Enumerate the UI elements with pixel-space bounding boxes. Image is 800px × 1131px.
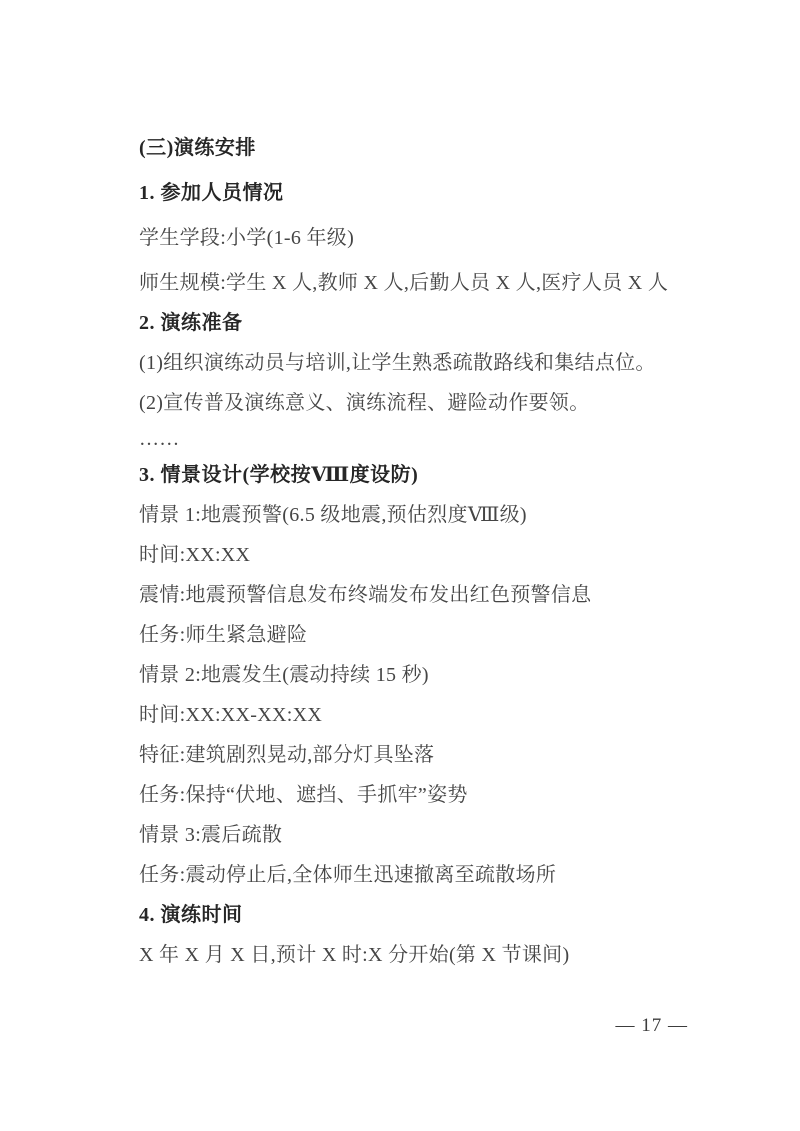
scenario2-feature: 特征:建筑剧烈晃动,部分灯具坠落 bbox=[99, 735, 707, 775]
page-number: — 17 — bbox=[616, 1012, 689, 1040]
scenario2-task: 任务:保持“伏地、遮挡、手抓牢”姿势 bbox=[99, 775, 707, 815]
section1-title: 1. 参加人员情况 bbox=[99, 173, 707, 213]
prep-item-2: (2)宣传普及演练意义、演练流程、避险动作要领。 bbox=[99, 383, 707, 423]
drill-time-line: X 年 X 月 X 日,预计 X 时:X 分开始(第 X 节课间) bbox=[99, 935, 707, 975]
scenario3-task: 任务:震动停止后,全体师生迅速撤离至疏散场所 bbox=[99, 855, 707, 895]
ellipsis-line: …… bbox=[99, 423, 707, 455]
page-content: (三)演练安排 1. 参加人员情况 学生学段:小学(1-6 年级) 师生规模:学… bbox=[99, 128, 707, 975]
document-page: (三)演练安排 1. 参加人员情况 学生学段:小学(1-6 年级) 师生规模:学… bbox=[0, 0, 800, 1131]
section4-title: 4. 演练时间 bbox=[99, 895, 707, 935]
scenario1-header: 情景 1:地震预警(6.5 级地震,预估烈度Ⅷ级) bbox=[99, 495, 707, 535]
doc-heading: (三)演练安排 bbox=[99, 128, 707, 168]
scenario1-time: 时间:XX:XX bbox=[99, 535, 707, 575]
scenario1-situation: 震情:地震预警信息发布终端发布发出红色预警信息 bbox=[99, 575, 707, 615]
section3-title: 3. 情景设计(学校按Ⅷ度设防) bbox=[99, 455, 707, 495]
line-student-stage: 学生学段:小学(1-6 年级) bbox=[99, 218, 707, 258]
section2-title: 2. 演练准备 bbox=[99, 303, 707, 343]
scenario1-task: 任务:师生紧急避险 bbox=[99, 615, 707, 655]
line-staff-scale: 师生规模:学生 X 人,教师 X 人,后勤人员 X 人,医疗人员 X 人 bbox=[99, 263, 707, 303]
scenario2-header: 情景 2:地震发生(震动持续 15 秒) bbox=[99, 655, 707, 695]
scenario3-header: 情景 3:震后疏散 bbox=[99, 815, 707, 855]
prep-item-1: (1)组织演练动员与培训,让学生熟悉疏散路线和集结点位。 bbox=[99, 343, 707, 383]
scenario2-time: 时间:XX:XX-XX:XX bbox=[99, 695, 707, 735]
